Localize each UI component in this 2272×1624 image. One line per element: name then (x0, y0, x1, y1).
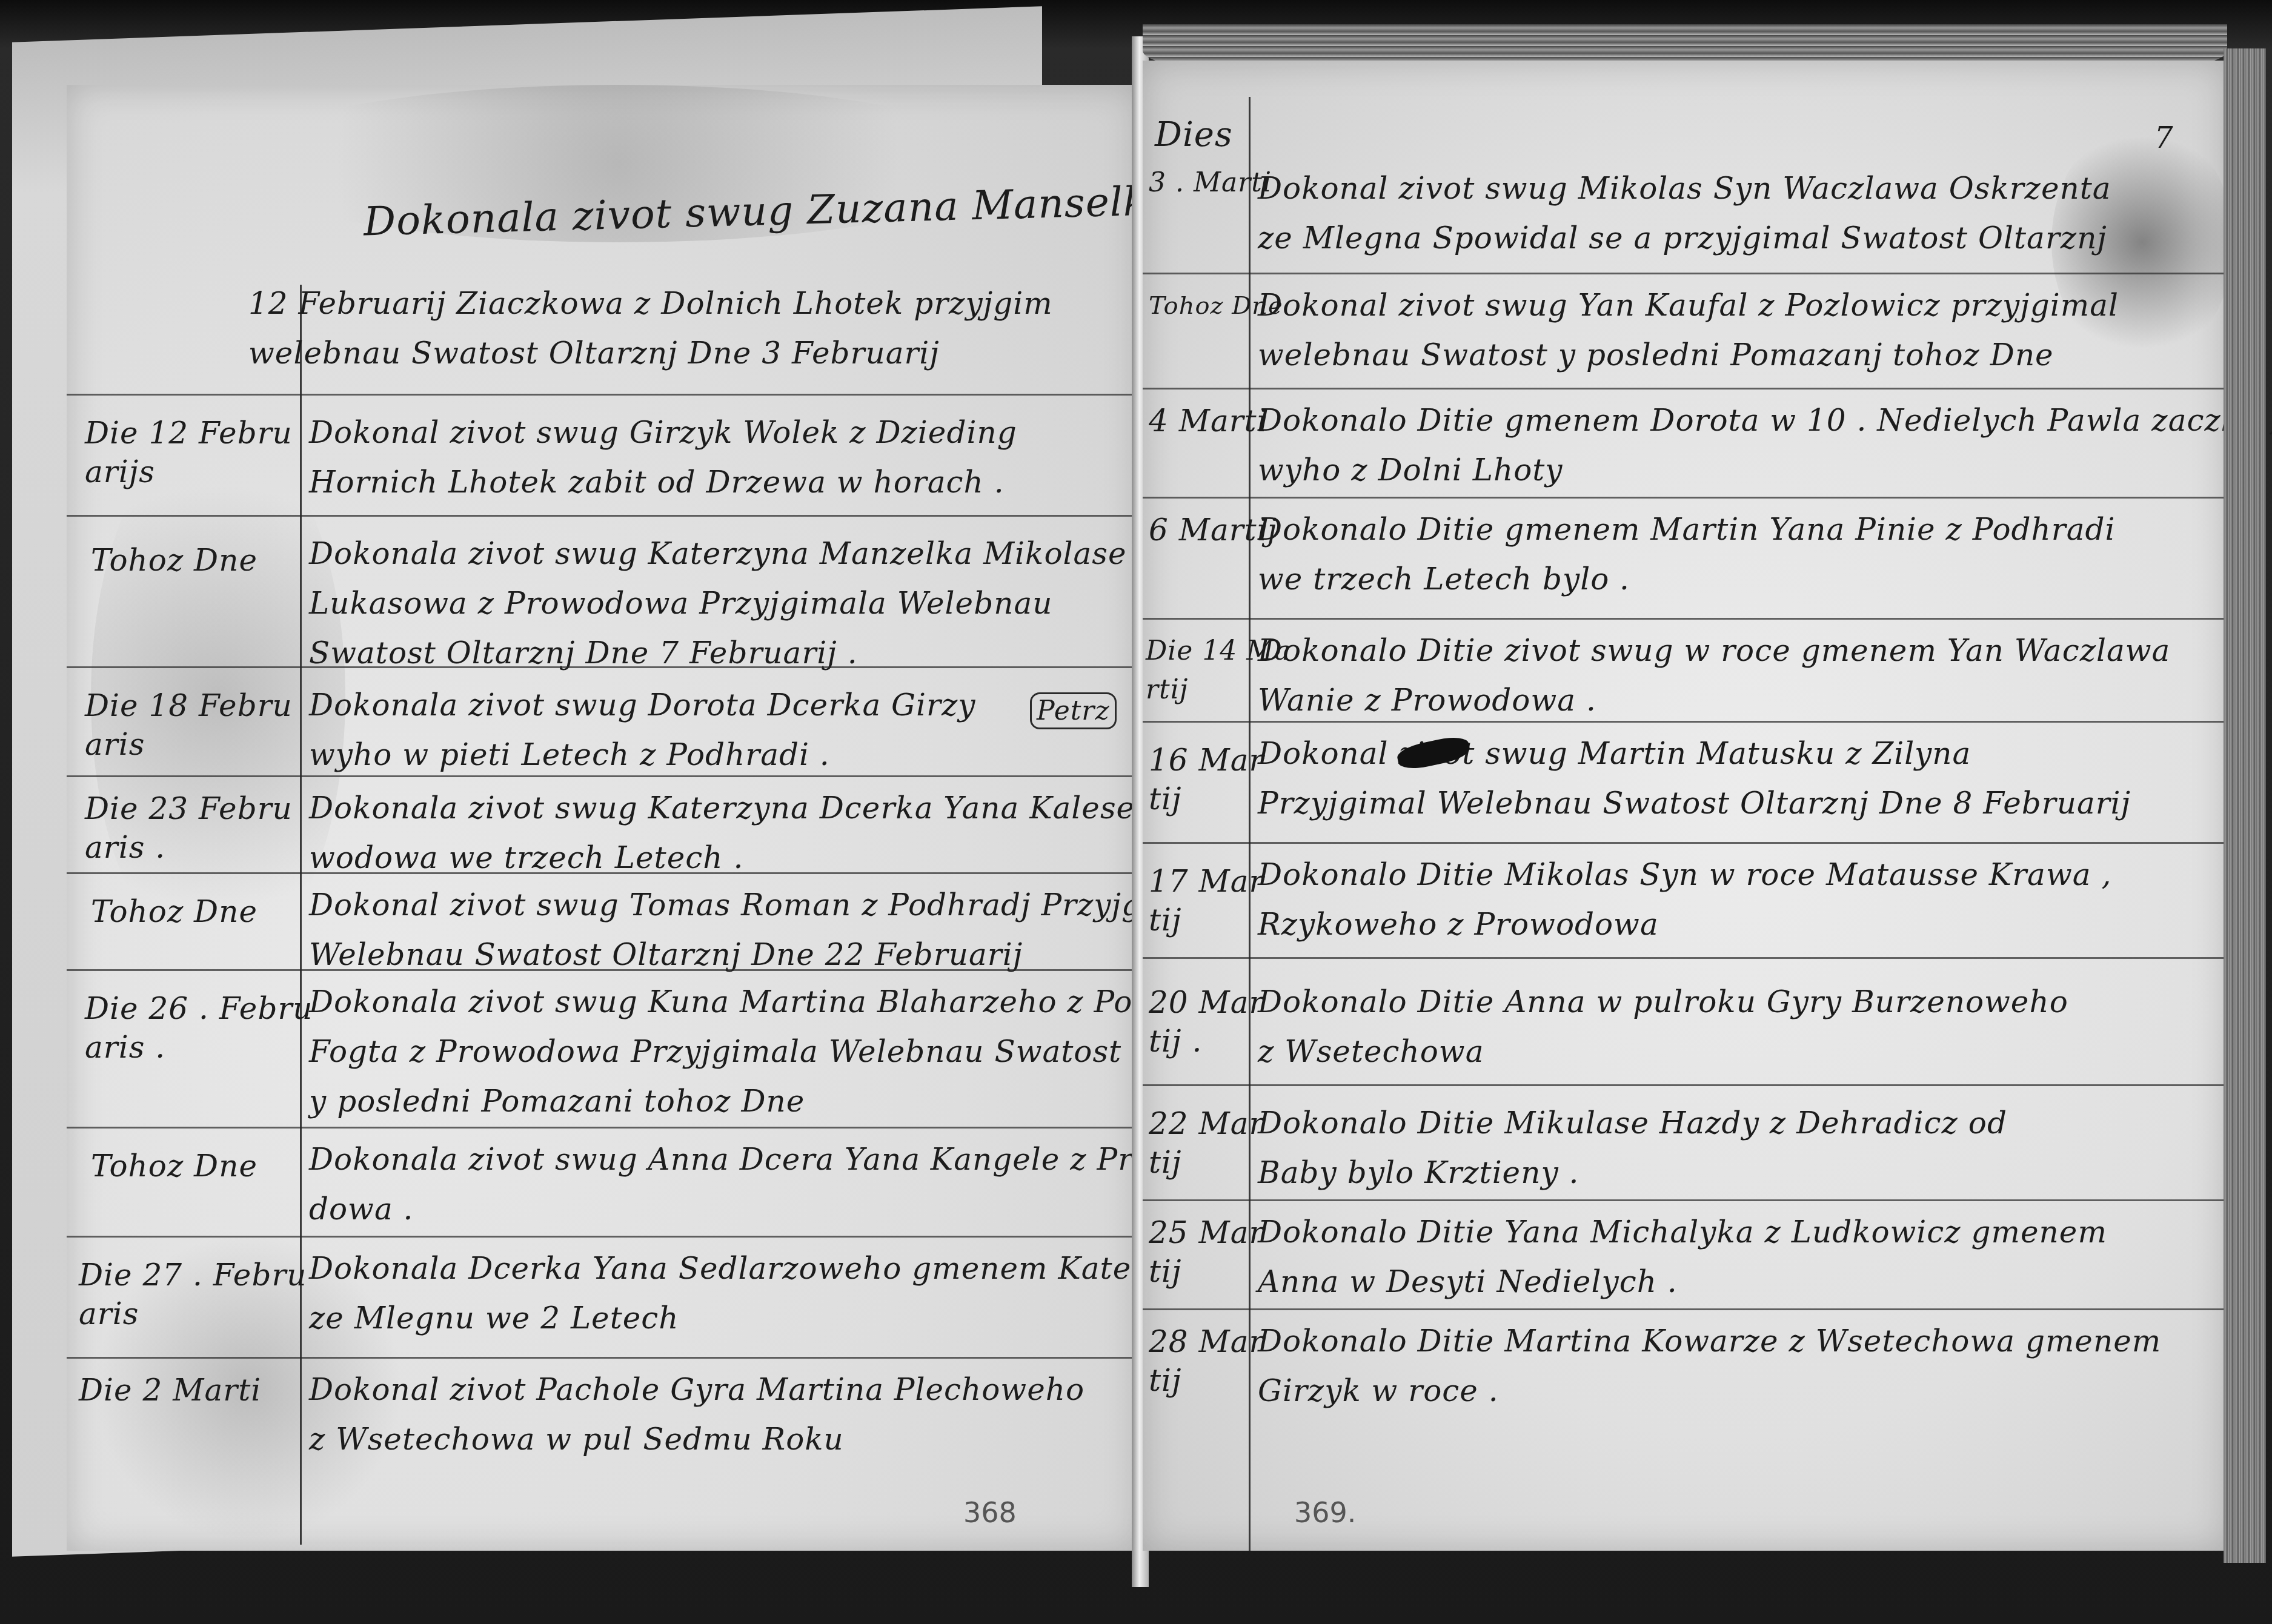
register-entry: Die 27 . Febru aris Dokonala Dcerka Yana… (67, 1236, 1139, 1238)
entry-date: 3 . Marti (1149, 164, 1272, 202)
entry-text: 12 Februarij Ziaczkowa z Dolnich Lhotek … (248, 279, 1053, 378)
entry-text: Dokonala Dcerka Yana Sedlarzoweho gmenem… (309, 1244, 1146, 1343)
top-mark: 7 (2154, 121, 2174, 155)
entry-text: Dokonala zivot swug Anna Dcera Yana Kang… (309, 1135, 1197, 1234)
entry-text: Dokonal zivot swug Girzyk Wolek z Dziedi… (309, 408, 1017, 507)
register-entry: Die 23 Febru aris . Dokonala zivot swug … (67, 775, 1139, 777)
entry-text: Dokonalo Ditie zivot swug w roce gmenem … (1258, 626, 2170, 725)
register-entry: 16 Mar tij Dokonal zivot swug Martin Mat… (1143, 721, 2227, 723)
register-entry: Die 2 Marti Dokonal zivot Pachole Gyra M… (67, 1357, 1139, 1359)
entry-date: 16 Mar tij (1149, 741, 1264, 818)
register-entry: Tohoz Dne Dokonal zivot swug Yan Kaufal … (1143, 273, 2227, 274)
entry-date: Die 23 Febru aris . (85, 789, 293, 867)
left-page: Dokonala zivot swug Zuzana Manselka 12 F… (67, 85, 1143, 1551)
register-entry: 22 Mar tij Dokonalo Ditie Mikulase Hazdy… (1143, 1084, 2227, 1086)
entry-date: Tohoz Dne (91, 1147, 257, 1185)
entry-text: Dokonal zivot swug Martin Matusku z Zily… (1258, 729, 2131, 828)
entry-text: Dokonalo Ditie Martina Kowarze z Wsetech… (1258, 1316, 2161, 1416)
register-entry: 4 Marti Dokonalo Ditie gmenem Dorota w 1… (1143, 388, 2227, 389)
entry-text: Dokonalo Ditie Yana Michalyka z Ludkowic… (1258, 1207, 2107, 1307)
entry-text: Dokonalo Ditie Anna w pulroku Gyry Burze… (1258, 977, 2068, 1076)
entry-date: Die 2 Marti (79, 1371, 261, 1410)
entry-text: Dokonala zivot swug Katerzyna Dcerka Yan… (309, 783, 1227, 883)
entry-date: Die 26 . Febru aris . (85, 989, 313, 1067)
entry-text: Dokonal zivot swug Mikolas Syn Waczlawa … (1258, 164, 2111, 263)
entry-date: 22 Mar tij (1149, 1104, 1264, 1182)
entry-text: Dokonalo Ditie Mikulase Hazdy z Dehradic… (1258, 1098, 2007, 1198)
entry-date: Die 18 Febru aris (85, 686, 293, 764)
entry-date: Tohoz Dne (91, 541, 257, 580)
entry-date: 25 Mar tij (1149, 1213, 1264, 1291)
entry-text: Dokonalo Ditie gmenem Dorota w 10 . Nedi… (1258, 396, 2272, 495)
register-entry: Die 12 Febru arijs Dokonal zivot swug Gi… (67, 394, 1139, 396)
entry-text: Dokonalo Ditie Mikolas Syn w roce Mataus… (1258, 850, 2111, 949)
entry-text: Dokonala zivot swug Dorota Dcerka Girzy … (309, 680, 976, 780)
register-entry: Die 26 . Febru aris . Dokonala zivot swu… (67, 969, 1139, 971)
register-entry: Die 18 Febru aris Dokonala zivot swug Do… (67, 666, 1139, 668)
folio-number-right: 369. (1294, 1496, 1356, 1529)
register-entry: 28 Mar tij Dokonalo Ditie Martina Kowarz… (1143, 1308, 2227, 1310)
right-page: 7 Dies 3 . Marti Dokonal zivot swug Miko… (1143, 61, 2227, 1551)
entry-text: Dokonala zivot swug Katerzyna Manzelka M… (309, 529, 1127, 678)
register-entry: Tohoz Dne Dokonala zivot swug Katerzyna … (67, 515, 1139, 517)
register-entry: Tohoz Dne Dokonal zivot swug Tomas Roman… (67, 872, 1139, 874)
register-entry: 17 Mar tij Dokonalo Ditie Mikolas Syn w … (1143, 842, 2227, 844)
entry-date: 28 Mar tij (1149, 1322, 1264, 1400)
register-entry: 20 Mar tij . Dokonalo Ditie Anna w pulro… (1143, 957, 2227, 959)
entry-date: Die 12 Febru arijs (85, 414, 293, 491)
entry-date: Tohoz Dne (91, 892, 257, 931)
entry-text: Dokonalo Ditie gmenem Martin Yana Pinie … (1258, 505, 2115, 604)
entry-date: 17 Mar tij (1149, 862, 1264, 940)
register-entry: 25 Mar tij Dokonalo Ditie Yana Michalyka… (1143, 1199, 2227, 1201)
entry-text: Dokonal zivot Pachole Gyra Martina Plech… (309, 1365, 1085, 1464)
date-column-rule (300, 285, 302, 1545)
entry-date: 4 Marti (1149, 402, 1267, 440)
page-stack-edge (2224, 48, 2266, 1563)
entry-text: Dokonal zivot swug Tomas Roman z Podhrad… (309, 880, 1200, 979)
entry-date: Die 27 . Febru aris (79, 1256, 307, 1333)
entry-text: Dokonala zivot swug Kuna Martina Blaharz… (309, 977, 1206, 1126)
folio-number-left: 368 (963, 1496, 1017, 1529)
entry-date: 20 Mar tij . (1149, 983, 1264, 1061)
register-entry: 6 Martij Dokonalo Ditie gmenem Martin Ya… (1143, 497, 2227, 499)
margin-note: Petrz (1030, 692, 1117, 729)
column-header: Dies (1155, 115, 1233, 154)
register-entry: Tohoz Dne Dokonala zivot swug Anna Dcera… (67, 1127, 1139, 1129)
entry-text: Dokonal zivot swug Yan Kaufal z Pozlowic… (1258, 280, 2119, 380)
register-entry: Die 14 Ma rtij Dokonalo Ditie zivot swug… (1143, 618, 2227, 620)
